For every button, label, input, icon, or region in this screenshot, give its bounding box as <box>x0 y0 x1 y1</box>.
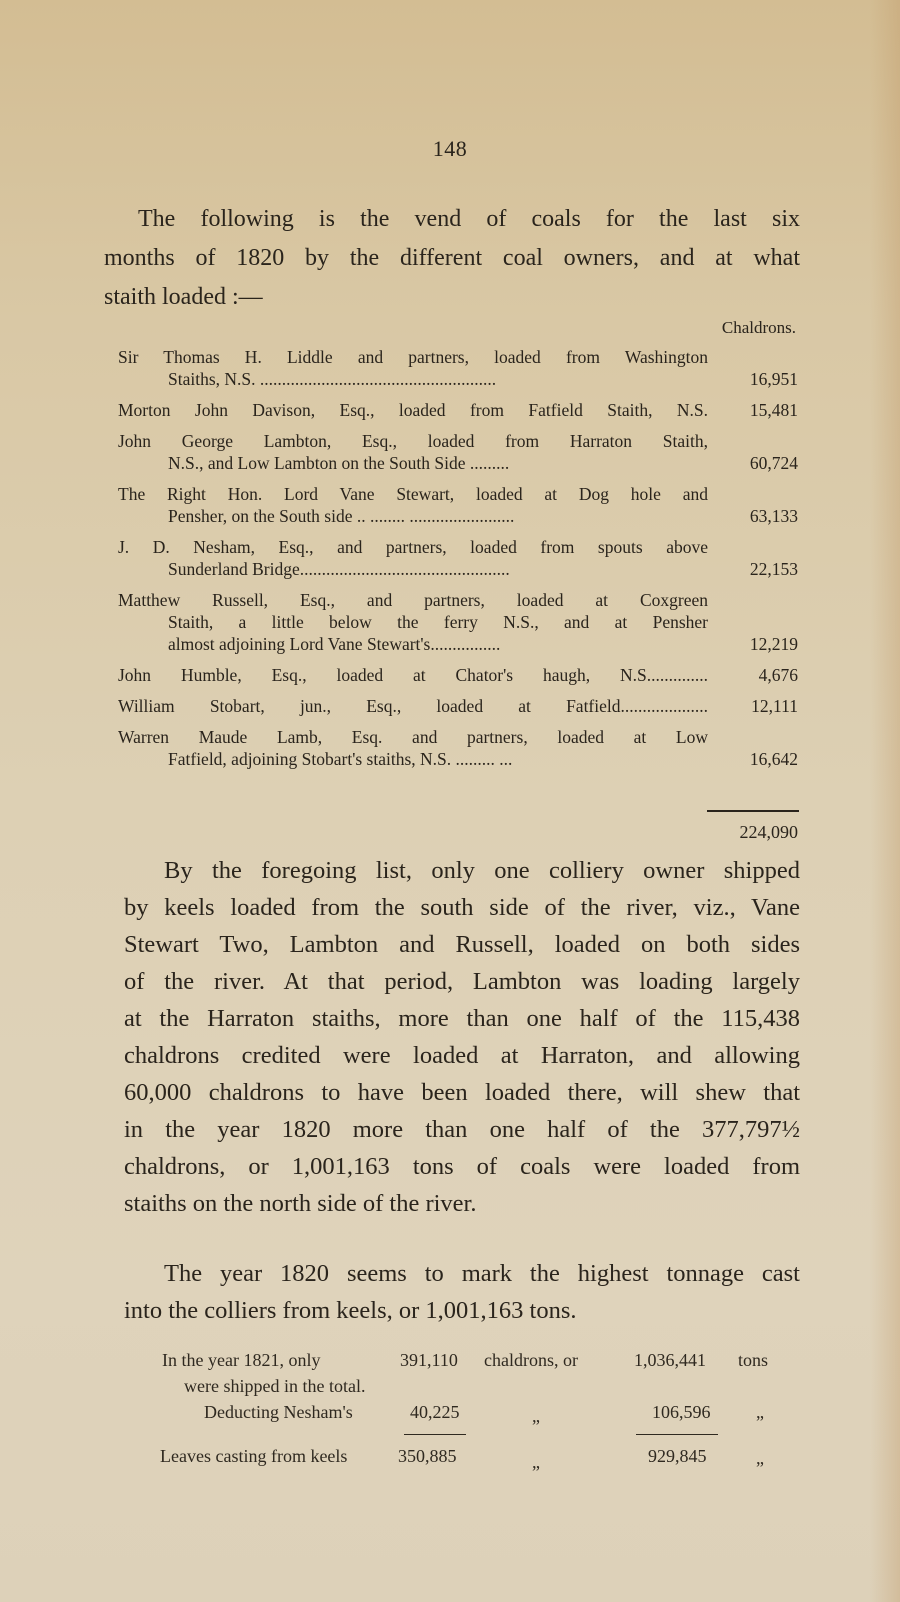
paragraph-line: in the year 1820 more than one half of t… <box>124 1111 800 1148</box>
paragraph-line: chaldrons, or 1,001,163 tons of coals we… <box>124 1148 800 1185</box>
row-value: 60,724 <box>728 452 798 474</box>
footer-row3-label: Leaves casting from keels <box>160 1444 347 1468</box>
footer-row2-tons-ditto: „ <box>756 1400 764 1424</box>
page-number: 148 <box>0 136 900 162</box>
paragraph-line: of the river. At that period, Lambton wa… <box>124 963 800 1000</box>
footer-row2-label: Deducting Nesham's <box>204 1400 353 1424</box>
row-owner-text: J. D. Nesham, Esq., and partners, loaded… <box>118 536 708 558</box>
row-value: 12,111 <box>728 695 798 717</box>
row-value: 12,219 <box>728 633 798 655</box>
row-owner-text: N.S., and Low Lambton on the South Side … <box>118 452 708 474</box>
table-total: 224,090 <box>740 820 799 844</box>
table-row: John Humble, Esq., loaded at Chator's ha… <box>118 664 798 686</box>
row-owner-text: Staiths, N.S. ..........................… <box>118 368 708 390</box>
intro-paragraph: The following is the vend of coals for t… <box>104 200 800 317</box>
row-value: 22,153 <box>728 558 798 580</box>
row-owner-text: Pensher, on the South side .. ........ .… <box>118 505 708 527</box>
footer-row3-tons: 929,845 <box>648 1444 707 1468</box>
footer-row1-tons: 1,036,441 <box>634 1348 706 1372</box>
footer-chaldrons-rule <box>404 1434 466 1435</box>
row-owner-text: Sir Thomas H. Liddle and partners, loade… <box>118 346 708 368</box>
column-header-chaldrons: Chaldrons. <box>722 318 796 338</box>
intro-line: The following is the vend of coals for t… <box>104 200 800 239</box>
row-owner-text: Staith, a little below the ferry N.S., a… <box>118 611 708 633</box>
row-owner-text: John Humble, Esq., loaded at Chator's ha… <box>118 664 708 686</box>
row-owner-text: almost adjoining Lord Vane Stewart's....… <box>118 633 708 655</box>
total-divider <box>707 810 799 812</box>
paragraph-line: chaldrons credited were loaded at Harrat… <box>124 1037 800 1074</box>
row-owner-text: Warren Maude Lamb, Esq. and partners, lo… <box>118 726 708 748</box>
intro-line: staith loaded :— <box>104 278 800 317</box>
body-paragraph-foregoing-list: By the foregoing list, only one colliery… <box>124 852 800 1222</box>
paragraph-line: The year 1820 seems to mark the highest … <box>124 1255 800 1292</box>
row-value: 63,133 <box>728 505 798 527</box>
footer-row1-chaldrons: 391,110 <box>400 1348 458 1372</box>
footer-row2-tons: 106,596 <box>652 1400 711 1424</box>
paragraph-line: Stewart Two, Lambton and Russell, loaded… <box>124 926 800 963</box>
vend-table: Sir Thomas H. Liddle and partners, loade… <box>118 346 798 779</box>
table-row: J. D. Nesham, Esq., and partners, loaded… <box>118 536 798 580</box>
footer-row1-label: In the year 1821, only <box>162 1348 320 1372</box>
paragraph-line: by keels loaded from the south side of t… <box>124 889 800 926</box>
row-value: 16,642 <box>728 748 798 770</box>
paragraph-line: into the colliers from keels, or 1,001,1… <box>124 1292 800 1329</box>
table-row: John George Lambton, Esq., loaded from H… <box>118 430 798 474</box>
footer-row3-chaldrons: 350,885 <box>398 1444 457 1468</box>
page-edge-shadow <box>870 0 900 1602</box>
footer-row3-tons-ditto: „ <box>756 1446 764 1470</box>
row-owner-text: John George Lambton, Esq., loaded from H… <box>118 430 708 452</box>
row-value: 16,951 <box>728 368 798 390</box>
table-row: Morton John Davison, Esq., loaded from F… <box>118 399 798 421</box>
footer-row2-chaldrons: 40,225 <box>410 1400 460 1424</box>
row-owner-text: The Right Hon. Lord Vane Stewart, loaded… <box>118 483 708 505</box>
footer-row1-unit: chaldrons, or <box>484 1348 578 1372</box>
row-owner-text: Fatfield, adjoining Stobart's staiths, N… <box>118 748 708 770</box>
row-value: 15,481 <box>728 399 798 421</box>
table-row: William Stobart, jun., Esq., loaded at F… <box>118 695 798 717</box>
paragraph-line: at the Harraton staiths, more than one h… <box>124 1000 800 1037</box>
footer-row1-continuation: were shipped in the total. <box>184 1374 365 1398</box>
paragraph-line: 60,000 chaldrons to have been loaded the… <box>124 1074 800 1111</box>
row-owner-text: Morton John Davison, Esq., loaded from F… <box>118 399 708 421</box>
row-owner-text: Sunderland Bridge.......................… <box>118 558 708 580</box>
paragraph-line: staiths on the north side of the river. <box>124 1185 800 1222</box>
row-owner-text: William Stobart, jun., Esq., loaded at F… <box>118 695 708 717</box>
table-row: The Right Hon. Lord Vane Stewart, loaded… <box>118 483 798 527</box>
table-row: Sir Thomas H. Liddle and partners, loade… <box>118 346 798 390</box>
intro-line: months of 1820 by the different coal own… <box>104 239 800 278</box>
row-value: 4,676 <box>728 664 798 686</box>
footer-row2-ditto: „ <box>532 1404 540 1428</box>
body-paragraph-highest-tonnage: The year 1820 seems to mark the highest … <box>124 1255 800 1329</box>
table-row: Warren Maude Lamb, Esq. and partners, lo… <box>118 726 798 770</box>
footer-row3-ditto: „ <box>532 1450 540 1474</box>
footer-tons-rule <box>636 1434 718 1435</box>
row-owner-text: Matthew Russell, Esq., and partners, loa… <box>118 589 708 611</box>
table-row: Matthew Russell, Esq., and partners, loa… <box>118 589 798 655</box>
paragraph-line: By the foregoing list, only one colliery… <box>124 852 800 889</box>
footer-row1-tons-unit: tons <box>738 1348 768 1372</box>
